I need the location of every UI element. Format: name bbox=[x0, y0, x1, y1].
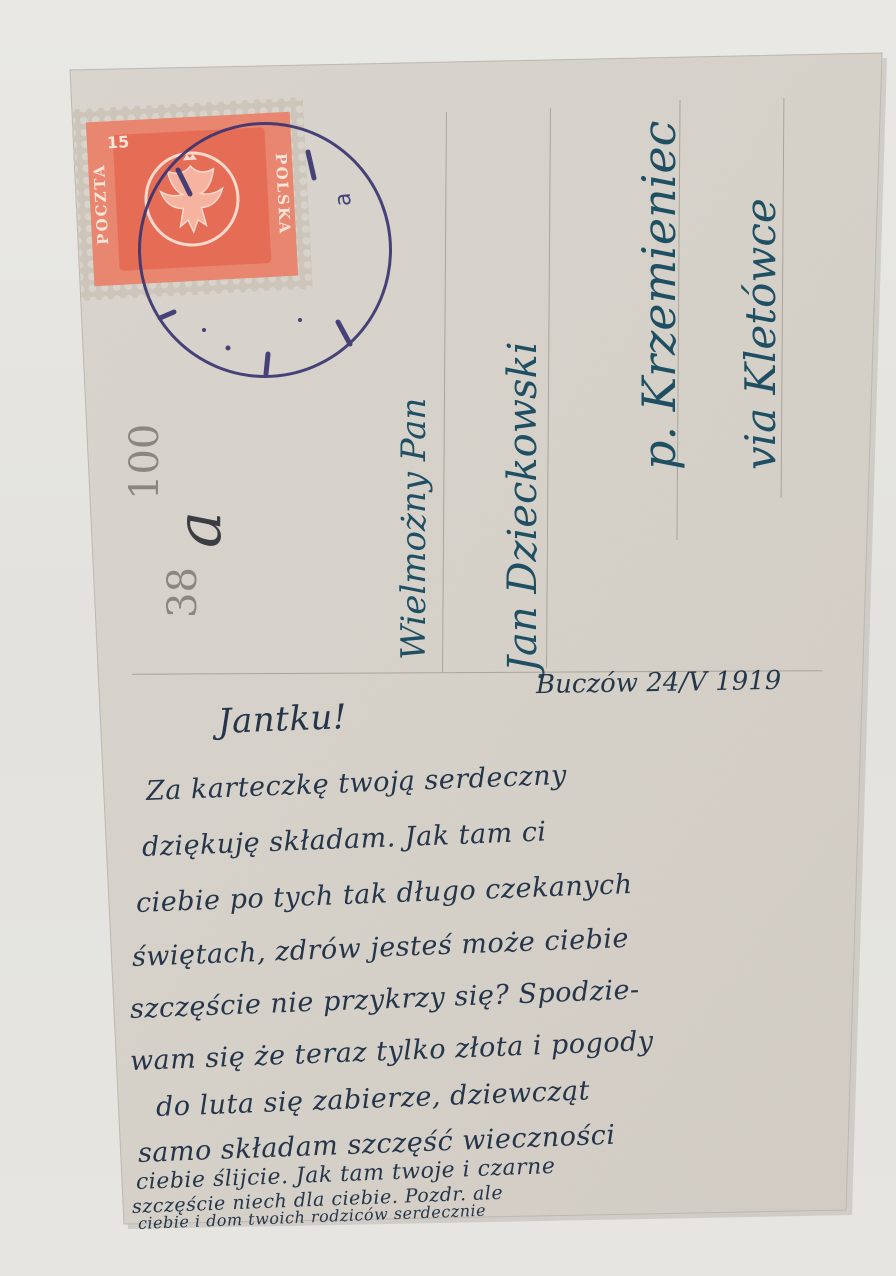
greeting: Jantku! bbox=[217, 697, 348, 742]
postmark-tick-marks bbox=[138, 122, 392, 378]
place-date: Buczów 24/V 1919 bbox=[536, 666, 782, 700]
postmark-cancellation: a bbox=[138, 122, 392, 378]
pencil-code: 38 bbox=[160, 567, 206, 618]
address-line-1: Wielmożny Pan bbox=[394, 398, 434, 660]
pencil-letter: a bbox=[162, 511, 235, 548]
postcard-photo: POCZTA POLSKA 15 a bbox=[0, 0, 896, 1276]
pencil-number: 100 bbox=[122, 424, 168, 500]
address-line-2: Jan Dzieckowski bbox=[500, 342, 546, 673]
stamp-value: 15 bbox=[106, 132, 129, 152]
address-line-3: p. Krzemieniec bbox=[632, 121, 686, 470]
address-line-4: via Kletówce bbox=[736, 198, 785, 470]
